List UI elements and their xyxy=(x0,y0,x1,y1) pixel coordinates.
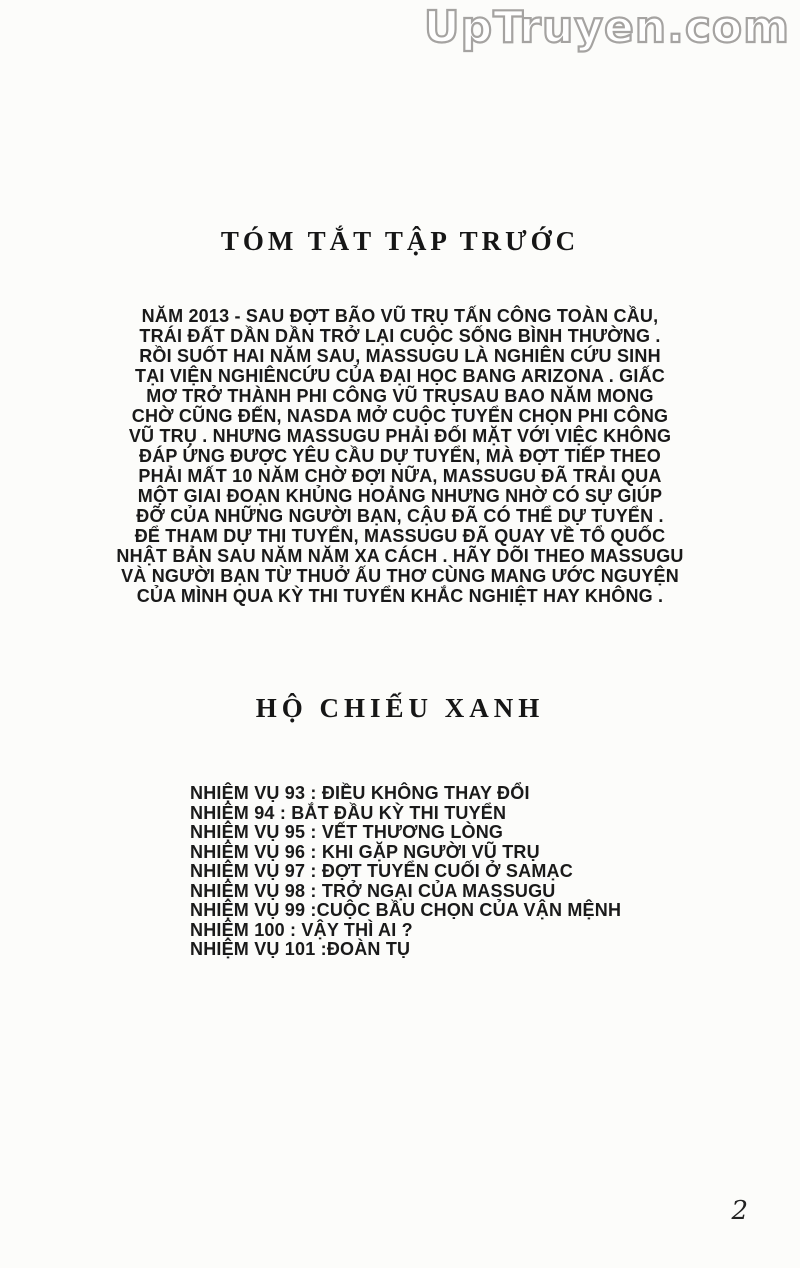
summary-line: ĐỠ CỦA NHỮNG NGƯỜI BẠN, CẬU ĐÃ CÓ THỂ DỰ… xyxy=(0,506,800,526)
chapter-list-item: NHIỆM VỤ 96 : KHI GẶP NGƯỜI VŨ TRỤ xyxy=(190,843,800,863)
summary-line: TẠI VIỆN NGHIÊNCỨU CỦA ĐẠI HỌC BANG ARIZ… xyxy=(0,366,800,386)
chapter-list-item: NHIỆM VỤ 101 :ĐOÀN TỤ xyxy=(190,940,800,960)
page-number: 2 xyxy=(731,1196,748,1226)
chapter-list-item: NHIỆM 100 : VẬY THÌ AI ? xyxy=(190,921,800,941)
summary-line: RỒI SUỐT HAI NĂM SAU, MASSUGU LÀ NGHIÊN … xyxy=(0,346,800,366)
summary-line: ĐÁP ỨNG ĐƯỢC YÊU CẦU DỰ TUYỂN, MÀ ĐỢT TI… xyxy=(0,446,800,466)
page-content: TÓM TẮT TẬP TRƯỚC NĂM 2013 - SAU ĐỢT BÃO… xyxy=(0,0,800,960)
chapter-list-item: NHIỆM VỤ 95 : VẾT THƯƠNG LÒNG xyxy=(190,823,800,843)
volume-title-heading: HỘ CHIẾU XANH xyxy=(0,692,800,724)
summary-line: MƠ TRỞ THÀNH PHI CÔNG VŨ TRỤSAU BAO NĂM … xyxy=(0,386,800,406)
summary-line: CỦA MÌNH QUA KỲ THI TUYỂN KHẮC NGHIỆT HA… xyxy=(0,586,800,606)
summary-line: ĐỂ THAM DỰ THI TUYỂN, MASSUGU ĐÃ QUAY VỀ… xyxy=(0,526,800,546)
summary-paragraph: NĂM 2013 - SAU ĐỢT BÃO VŨ TRỤ TẤN CÔNG T… xyxy=(0,306,800,606)
summary-line: VŨ TRỤ . NHƯNG MASSUGU PHẢI ĐỐI MẶT VỚI … xyxy=(0,426,800,446)
summary-line: NHẬT BẢN SAU NĂM NĂM XA CÁCH . HÃY DÕI T… xyxy=(0,546,800,566)
site-watermark: UpTruyen.com xyxy=(424,2,790,53)
summary-line: VÀ NGƯỜI BẠN TỪ THUỞ ẤU THƠ CÙNG MANG ƯỚ… xyxy=(0,566,800,586)
summary-line: CHỜ CŨNG ĐẾN, NASDA MỞ CUỘC TUYỂN CHỌN P… xyxy=(0,406,800,426)
chapter-list-item: NHIỆM VỤ 97 : ĐỢT TUYỂN CUỐI Ở SAMẠC xyxy=(190,862,800,882)
summary-line: PHẢI MẤT 10 NĂM CHỜ ĐỢI NỮA, MASSUGU ĐÃ … xyxy=(0,466,800,486)
summary-line: MỘT GIAI ĐOẠN KHỦNG HOẢNG NHƯNG NHỜ CÓ S… xyxy=(0,486,800,506)
chapter-list-item: NHIỆM VỤ 98 : TRỞ NGẠI CỦA MASSUGU xyxy=(190,882,800,902)
summary-line: NĂM 2013 - SAU ĐỢT BÃO VŨ TRỤ TẤN CÔNG T… xyxy=(0,306,800,326)
chapter-list: NHIỆM VỤ 93 : ĐIỀU KHÔNG THAY ĐỔINHIỆM 9… xyxy=(0,784,800,960)
chapter-list-item: NHIỆM VỤ 99 :CUỘC BẦU CHỌN CỦA VẬN MỆNH xyxy=(190,901,800,921)
summary-line: TRÁI ĐẤT DẦN DẦN TRỞ LẠI CUỘC SỐNG BÌNH … xyxy=(0,326,800,346)
chapter-list-item: NHIỆM 94 : BẮT ĐẦU KỲ THI TUYỂN xyxy=(190,804,800,824)
chapter-list-item: NHIỆM VỤ 93 : ĐIỀU KHÔNG THAY ĐỔI xyxy=(190,784,800,804)
